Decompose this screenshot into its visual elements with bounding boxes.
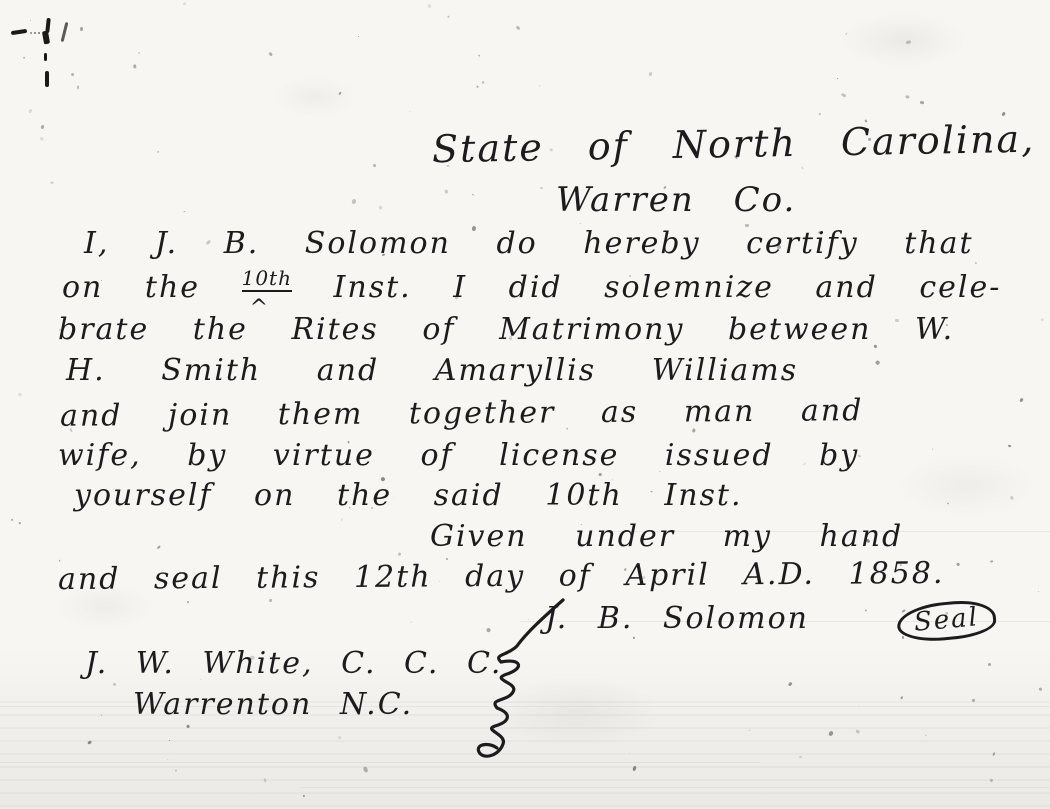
heading-state: State of North Carolina,	[432, 117, 1036, 172]
body-line-7: yourself on the said 10th Inst.	[74, 478, 743, 513]
scanned-document-page: State of North Carolina, Warren Co. I, J…	[0, 0, 1050, 809]
interlinear-insertion: 10th ^	[242, 270, 292, 305]
faint-ruled-line	[0, 762, 760, 763]
seal-scrawl: Seal	[895, 598, 997, 644]
ink-mark	[45, 71, 49, 87]
ink-mark	[44, 53, 47, 61]
body-line-2: on the 10th ^ Inst. I did solemnize and …	[62, 270, 1001, 305]
ink-mark	[61, 22, 69, 42]
body-line-1: I, J. B. Solomon do hereby certify that	[84, 226, 974, 261]
ink-mark	[11, 29, 27, 35]
ink-mark-dotted	[30, 32, 42, 34]
pen-flourish-mark	[455, 598, 565, 768]
faint-ruled-line	[300, 787, 1050, 788]
witness-line-2: Warrenton N.C.	[133, 687, 413, 722]
signature-line: J. B. Solomon Seal	[545, 601, 996, 640]
body-line-9: and seal this 12th day of April A.D. 185…	[58, 556, 945, 597]
body-line-8: Given under my hand	[430, 519, 903, 554]
body-line-4: H. Smith and Amaryllis Williams	[66, 353, 798, 388]
body-line-6: wife, by virtue of license issued by	[58, 438, 859, 473]
witness-line-1: J. W. White, C. C. C.	[85, 646, 502, 681]
inserted-text: 10th	[242, 266, 292, 292]
body-line-3: brate the Rites of Matrimony between W.	[58, 312, 954, 347]
signature-name: J. B. Solomon	[545, 601, 809, 636]
body-line-2-pre: on the	[62, 270, 200, 305]
body-line-5: and join them together as man and	[60, 393, 864, 434]
heading-county: Warren Co.	[556, 180, 796, 220]
body-line-2-post: Inst. I did solemnize and cele-	[334, 270, 1002, 305]
ink-mark	[42, 31, 50, 45]
